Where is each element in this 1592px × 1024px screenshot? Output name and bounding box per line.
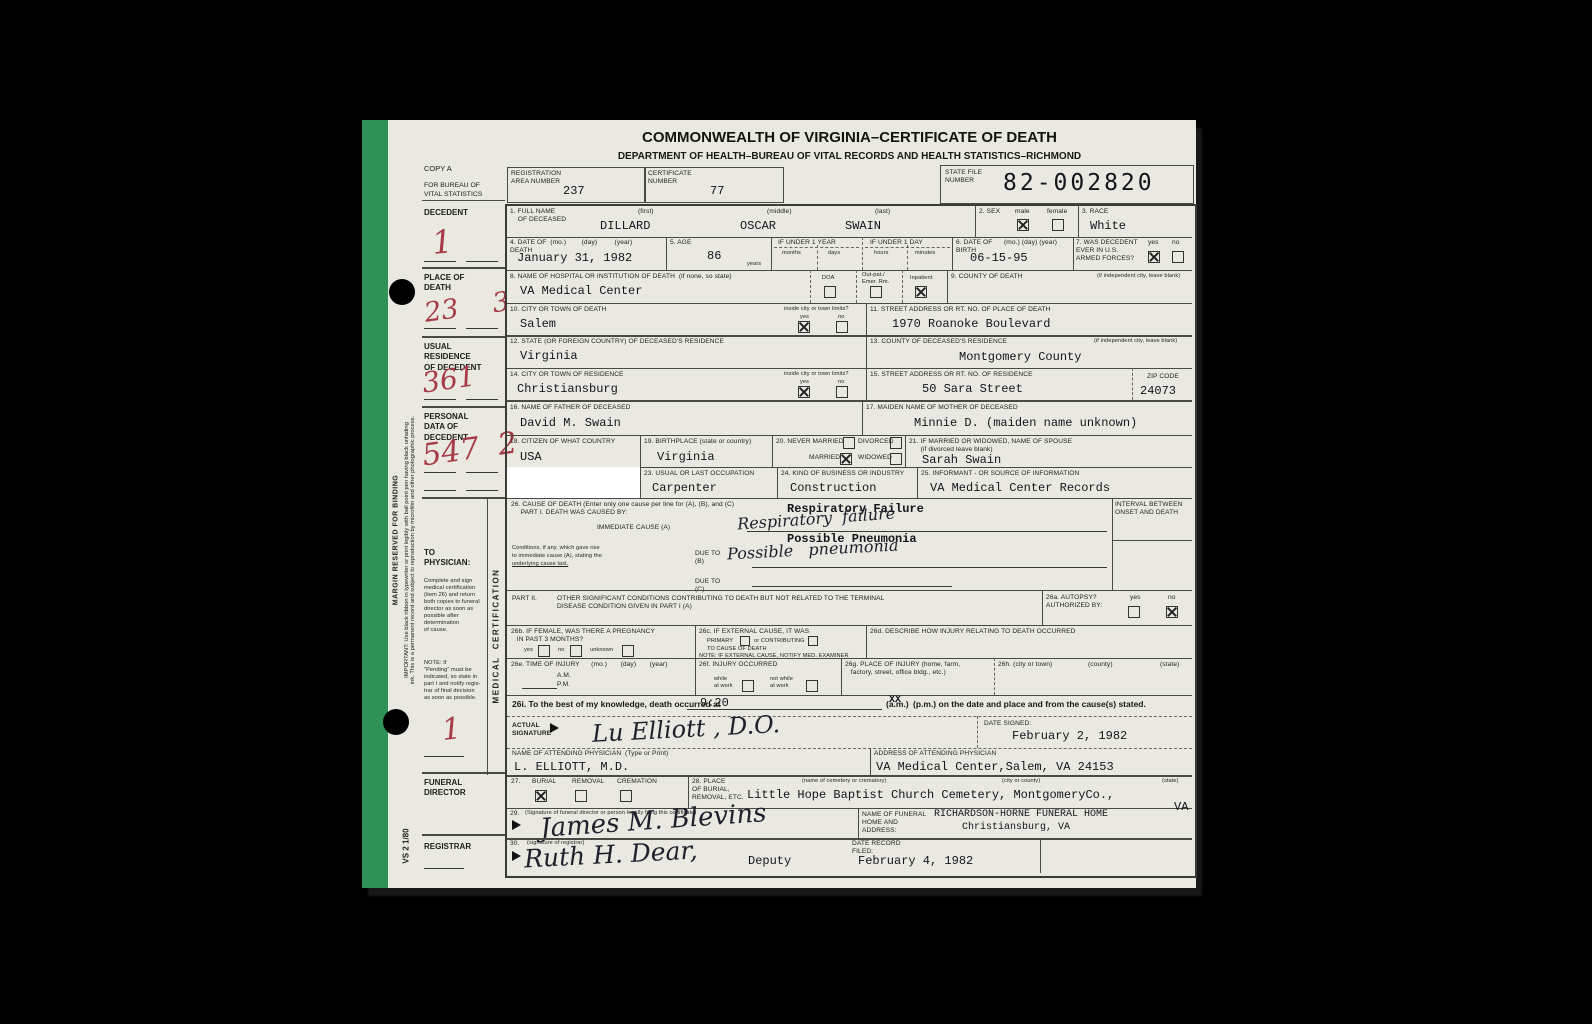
cremation-label: CREMATION [617, 778, 657, 786]
business-label: 24. KIND OF BUSINESS OR INDUSTRY [781, 470, 904, 478]
checkbox-inpatient-checked [915, 286, 927, 298]
funeral-signature-arrow-icon [512, 820, 521, 830]
external-cause-label: 26c. IF EXTERNAL CAUSE, IT WAS [699, 628, 809, 636]
section-place-of-death: PLACE OF DEATH [424, 273, 464, 294]
last-name-value: SWAIN [845, 219, 881, 233]
interval-label: INTERVAL BETWEEN ONSET AND DEATH [1115, 501, 1182, 517]
date-filed-value: February 4, 1982 [858, 854, 973, 868]
checkbox-not-while-at-work [806, 680, 818, 692]
section-decedent: DECEDENT [424, 208, 468, 218]
zip-value: 24073 [1140, 384, 1176, 398]
part2-text: OTHER SIGNIFICANT CONDITIONS CONTRIBUTIN… [557, 595, 1037, 611]
checkbox-armed-no [1172, 251, 1184, 263]
item29-label: 29. [510, 810, 519, 818]
hole-punch-bottom [383, 709, 409, 735]
time-of-injury-label: 26e. TIME OF INJURY (mo.) (day) (year) [511, 661, 667, 669]
part2-label: PART II. [512, 595, 537, 603]
margin-important-text: IMPORTANT: Use black ribbon in typewrite… [404, 416, 416, 684]
city-county-sublabel: (city or county) [1002, 778, 1040, 785]
state-sublabel: (state) [1162, 778, 1179, 785]
citizen-value: USA [520, 450, 542, 464]
checkbox-limits-residence-yes-checked [798, 386, 810, 398]
contributing-label: or CONTRIBUTING [754, 638, 805, 645]
checkbox-limits-death-yes-checked [798, 321, 810, 333]
injury-city-label: 26h. (city or town) [998, 661, 1052, 669]
county-residence-note: (if independent city, leave blank) [1094, 338, 1177, 345]
married-label: MARRIED [809, 454, 840, 462]
injury-occurred-label: 26f. INJURY OCCURRED [699, 661, 777, 669]
state-residence-label: 12. STATE (OR FOREIGN COUNTRY) OF DECEAS… [510, 338, 724, 346]
business-value: Construction [790, 481, 876, 495]
first-sublabel: (first) [638, 208, 654, 216]
checkbox-autopsy-no-checked [1166, 606, 1178, 618]
physician-address-value: VA Medical Center,Salem, VA 24153 [876, 760, 1114, 774]
date-of-death-value: January 31, 1982 [517, 251, 632, 265]
street-residence-label: 15. STREET ADDRESS OR RT. NO. OF RESIDEN… [870, 371, 1033, 379]
race-value: White [1090, 219, 1126, 233]
armed-yes-label: yes [1148, 239, 1159, 247]
divorced-label: DIVORCED [858, 438, 894, 446]
red-notation-note-1: 1 [440, 711, 463, 748]
spouse-label: 21. IF MARRIED OR WIDOWED, NAME OF SPOUS… [909, 438, 1072, 454]
item27-label: 27. [511, 778, 520, 786]
copy-label: COPY A [424, 164, 452, 174]
registration-area-value: 237 [563, 184, 585, 198]
county-of-death-note: (if independent city, leave blank) [1097, 273, 1180, 280]
checkbox-widowed [890, 453, 902, 465]
checkbox-armed-yes-checked [1148, 251, 1160, 263]
father-value: David M. Swain [520, 416, 621, 430]
under-1-day-label: IF UNDER 1 DAY [870, 239, 923, 247]
date-signed-value: February 2, 1982 [1012, 729, 1127, 743]
under-1-year-label: IF UNDER 1 YEAR [778, 239, 836, 247]
city-of-death-value: Salem [520, 317, 556, 331]
county-residence-value: Montgomery County [959, 350, 1081, 364]
due-to-b-label: DUE TO (B) [695, 550, 720, 566]
autopsy-label: 26a. AUTOPSY? AUTHORIZED BY: [1046, 594, 1102, 610]
occupation-value: Carpenter [652, 481, 717, 495]
first-name-value: DILLARD [600, 219, 650, 233]
burial-label: BURIAL [532, 778, 556, 786]
middle-name-value: OSCAR [740, 219, 776, 233]
city-residence-label: 14. CITY OR TOWN OF RESIDENCE [510, 371, 624, 379]
while-at-work-label: while at work [714, 676, 733, 690]
checkbox-divorced [890, 437, 902, 449]
injury-county-label: (county) [1088, 661, 1113, 669]
conditions-line3: underlying cause last. [512, 561, 568, 568]
limits-residence-label: inside city or town limits? [784, 371, 864, 378]
mother-label: 17. MAIDEN NAME OF MOTHER OF DECEASED [866, 404, 1018, 412]
city-of-death-label: 10. CITY OR TOWN OF DEATH [510, 306, 607, 314]
redaction-whiteout [507, 467, 640, 498]
injury-state-label: (state) [1160, 661, 1179, 669]
place-of-burial-label: 28. PLACE OF BURIAL, REMOVAL, ETC. [692, 778, 744, 803]
funeral-home-label: NAME OF FUNERAL HOME AND ADDRESS: [862, 811, 926, 836]
pregnancy-yes-label: yes [524, 647, 533, 654]
certificate-number-value: 77 [710, 184, 724, 198]
certificate-subtitle: DEPARTMENT OF HEALTH–BUREAU OF VITAL REC… [507, 151, 1192, 162]
sex-label: 2. SEX [979, 208, 1000, 216]
red-notation-361: 361 [420, 359, 478, 399]
describe-injury-label: 26d. DESCRIBE HOW INJURY RELATING TO DEA… [870, 628, 1076, 636]
not-while-at-work-label: not while at work [770, 676, 793, 690]
last-sublabel: (last) [875, 208, 890, 216]
minutes-label: minutes [915, 250, 935, 257]
place-of-burial-value: Little Hope Baptist Church Cemetery, Mon… [747, 788, 1114, 802]
autopsy-no-label: no [1168, 594, 1176, 602]
red-notation-1: 1 [430, 222, 454, 262]
attending-physician-label: NAME OF ATTENDING PHYSICIAN (Type or Pri… [512, 750, 668, 758]
conditions-line1: Conditions, if any, which gave rise [512, 545, 600, 552]
deputy-value: Deputy [748, 854, 791, 868]
zip-label: ZIP CODE [1147, 373, 1179, 381]
checkbox-pregnancy-no [570, 645, 582, 657]
street-of-death-value: 1970 Roanoke Boulevard [892, 317, 1050, 331]
doa-label: DOA [822, 275, 834, 282]
certificate-number-label: CERTIFICATE NUMBER [648, 170, 692, 186]
checkbox-sex-female [1052, 219, 1064, 231]
checkbox-contributing [808, 636, 818, 646]
pregnancy-label: 26b. IF FEMALE, WAS THERE A PREGNANCY IN… [511, 628, 655, 644]
death-occurred-label: 26i. To the best of my knowledge, death … [512, 699, 721, 709]
to-physician-note: NOTE: If "Pending" must be indicated, so… [424, 660, 502, 702]
section-funeral-director: FUNERAL DIRECTOR [424, 778, 466, 799]
state-file-number-value: 82-002820 [1003, 170, 1155, 196]
state-residence-value: Virginia [520, 349, 578, 363]
checkbox-primary [740, 636, 750, 646]
limits-residence-yes-label: yes [800, 379, 809, 386]
am-label: A.M. [557, 672, 571, 680]
death-occurred-rest-label: (p.m.) on the date and place and from th… [913, 699, 1146, 709]
mother-value: Minnie D. (maiden name unknown) [914, 416, 1137, 430]
form-code: VS 2 1/80 [402, 828, 411, 863]
actual-signature-label: ACTUAL SIGNATURE [512, 722, 551, 738]
checkbox-burial-checked [535, 790, 547, 802]
months-label: months [782, 250, 801, 257]
to-physician-body: Complete and sign medical certification … [424, 578, 502, 634]
margin-binding-text: MARGIN RESERVED FOR BINDING [393, 475, 400, 605]
checkbox-married-checked [840, 453, 852, 465]
hole-punch-top [389, 279, 415, 305]
limits-death-yes-label: yes [800, 314, 809, 321]
birthplace-value: Virginia [657, 450, 715, 464]
immediate-cause-label: IMMEDIATE CAUSE (A) [597, 524, 670, 532]
street-residence-value: 50 Sara Street [922, 382, 1023, 396]
city-residence-value: Christiansburg [517, 382, 618, 396]
age-years-label: years [747, 261, 761, 268]
green-binding-strip [362, 120, 388, 888]
age-value: 86 [707, 249, 721, 263]
citizen-label: 18. CITIZEN OF WHAT COUNTRY [510, 438, 615, 446]
armed-no-label: no [1172, 239, 1180, 247]
race-label: 3. RACE [1082, 208, 1108, 216]
pregnancy-unknown-label: unknown [590, 647, 613, 654]
pm-label: P.M. [557, 681, 570, 689]
pregnancy-no-label: no [558, 647, 564, 654]
date-signed-label: DATE SIGNED: [984, 720, 1031, 728]
to-cause-label: TO CAUSE OF DEATH [707, 646, 767, 653]
days-label: days [828, 250, 840, 257]
funeral-home-city-value: Christiansburg, VA [962, 822, 1070, 833]
hospital-label: 8. NAME OF HOSPITAL OR INSTITUTION OF DE… [510, 273, 732, 281]
sex-female-label: female [1047, 208, 1067, 216]
conditions-line2: to immediate cause (A), stating the [512, 553, 602, 560]
limits-death-label: inside city or town limits? [784, 306, 864, 313]
checkbox-outpatient [870, 286, 882, 298]
limits-residence-no-label: no [838, 379, 844, 386]
age-label: 5. AGE [670, 239, 692, 247]
county-residence-label: 13. COUNTY OF DECEASED'S RESIDENCE [870, 338, 1007, 346]
item30-label: 30. [510, 840, 519, 848]
due-to-c-label: DUE TO (C) [695, 578, 720, 594]
checkbox-autopsy-yes [1128, 606, 1140, 618]
certificate-title: COMMONWEALTH OF VIRGINIA–CERTIFICATE OF … [507, 129, 1192, 146]
section-to-physician: TO PHYSICIAN: [424, 548, 470, 569]
middle-sublabel: (middle) [767, 208, 792, 216]
external-note-label: NOTE: IF EXTERNAL CAUSE, NOTIFY MED. EXA… [699, 653, 849, 660]
armed-forces-label: 7. WAS DECEDENT EVER IN U.S. ARMED FORCE… [1076, 239, 1142, 264]
informant-value: VA Medical Center Records [930, 481, 1110, 495]
occupation-label: 23. USUAL OR LAST OCCUPATION [644, 470, 754, 478]
checkbox-sex-male-checked [1017, 219, 1029, 231]
place-of-burial-value-2: VA [1174, 800, 1188, 814]
funeral-home-value: RICHARDSON-HORNE FUNERAL HOME [934, 809, 1108, 820]
death-certificate-document: MARGIN RESERVED FOR BINDING IMPORTANT: U… [362, 120, 1196, 888]
birthplace-label: 19. BIRTHPLACE (state or country) [644, 438, 751, 446]
outpatient-label: Out-pat./ Emer. Rm. [862, 272, 889, 286]
father-label: 16. NAME OF FATHER OF DECEASED [510, 404, 631, 412]
attending-physician-value: L. ELLIOTT, M.D. [514, 760, 629, 774]
checkbox-never-married [843, 437, 855, 449]
registrar-signature-arrow-icon [512, 851, 521, 861]
place-of-injury-label: 26g. PLACE OF INJURY (home, farm, factor… [845, 661, 960, 677]
street-of-death-label: 11. STREET ADDRESS OR RT. NO. OF PLACE O… [870, 306, 1050, 314]
cemetery-sublabel: (name of cemetery or crematory) [802, 778, 887, 785]
checkbox-cremation [620, 790, 632, 802]
checkbox-doa [824, 286, 836, 298]
checkbox-limits-death-no [836, 321, 848, 333]
inpatient-label: Inpatient [910, 275, 932, 282]
checkbox-removal [575, 790, 587, 802]
never-married-label: 20. NEVER MARRIED [776, 438, 844, 446]
checkbox-while-at-work [742, 680, 754, 692]
full-name-label: 1. FULL NAME OF DECEASED [510, 208, 566, 224]
checkbox-pregnancy-yes [538, 645, 550, 657]
checkbox-limits-residence-no [836, 386, 848, 398]
primary-label: PRIMARY [707, 638, 733, 645]
autopsy-yes-label: yes [1130, 594, 1141, 602]
date-of-birth-value: 06-15-95 [970, 251, 1028, 265]
checkbox-pregnancy-unknown [622, 645, 634, 657]
death-time-value: 9:20 [700, 696, 729, 710]
registration-area-label: REGISTRATION AREA NUMBER [511, 170, 561, 186]
county-of-death-label: 9. COUNTY OF DEATH [951, 273, 1023, 281]
state-file-number-label: STATE FILE NUMBER [945, 169, 982, 185]
removal-label: REMOVAL [572, 778, 604, 786]
signature-arrow-icon [550, 723, 559, 733]
informant-label: 25. INFORMANT - OR SOURCE OF INFORMATION [921, 470, 1079, 478]
bureau-label: FOR BUREAU OF VITAL STATISTICS [424, 182, 482, 200]
hospital-value: VA Medical Center [520, 284, 642, 298]
physician-address-label: ADDRESS OF ATTENDING PHYSICIAN [874, 750, 996, 758]
sex-male-label: male [1015, 208, 1030, 216]
section-registrar: REGISTRAR [424, 842, 471, 852]
widowed-label: WIDOWED [858, 454, 892, 462]
am-strike-xx: XX [889, 695, 901, 706]
cause-of-death-header: 26. CAUSE OF DEATH (Enter only one cause… [511, 501, 761, 517]
hours-label: hours [874, 250, 889, 257]
spouse-value: Sarah Swain [922, 453, 1001, 467]
limits-death-no-label: no [838, 314, 844, 321]
